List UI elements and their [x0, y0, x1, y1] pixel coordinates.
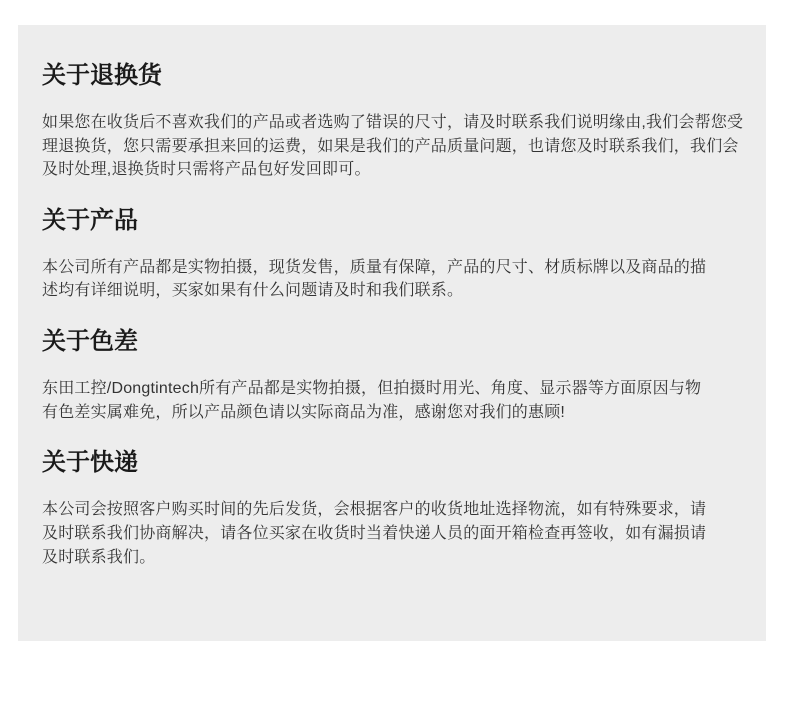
policy-info-card: 关于退换货 如果您在收货后不喜欢我们的产品或者选购了错误的尺寸，请及时联系我们说… — [18, 25, 766, 641]
section-title-shipping: 关于快递 — [42, 449, 746, 478]
section-body-products: 本公司所有产品都是实物拍摄，现货发售，质量有保障，产品的尺寸、材质标牌以及商品的… — [42, 256, 746, 303]
paragraph-line: 本公司会按照客户购买时间的先后发货，会根据客户的收货地址选择物流，如有特殊要求，… — [42, 498, 746, 522]
paragraph-line: 及时联系我们协商解决，请各位买家在收货时当着快递人员的面开箱检查再签收，如有漏损… — [42, 522, 746, 546]
section-shipping: 关于快递 本公司会按照客户购买时间的先后发货，会根据客户的收货地址选择物流，如有… — [42, 449, 746, 569]
section-products: 关于产品 本公司所有产品都是实物拍摄，现货发售，质量有保障，产品的尺寸、材质标牌… — [42, 207, 746, 303]
paragraph-line: 如果您在收货后不喜欢我们的产品或者选购了错误的尺寸，请及时联系我们说明缘由,我们… — [42, 111, 746, 135]
paragraph-line: 及时处理,退换货时只需将产品包好发回即可。 — [42, 158, 746, 182]
section-body-color-difference: 东田工控/Dongtintech所有产品都是实物拍摄，但拍摄时用光、角度、显示器… — [42, 377, 746, 424]
paragraph-line: 及时联系我们。 — [42, 546, 746, 570]
section-body-returns: 如果您在收货后不喜欢我们的产品或者选购了错误的尺寸，请及时联系我们说明缘由,我们… — [42, 111, 746, 182]
paragraph-line: 有色差实属难免，所以产品颜色请以实际商品为准，感谢您对我们的惠顾! — [42, 401, 746, 425]
section-color-difference: 关于色差 东田工控/Dongtintech所有产品都是实物拍摄，但拍摄时用光、角… — [42, 328, 746, 424]
section-body-shipping: 本公司会按照客户购买时间的先后发货，会根据客户的收货地址选择物流，如有特殊要求，… — [42, 498, 746, 569]
paragraph-line: 述均有详细说明，买家如果有什么问题请及时和我们联系。 — [42, 279, 746, 303]
paragraph-line: 东田工控/Dongtintech所有产品都是实物拍摄，但拍摄时用光、角度、显示器… — [42, 377, 746, 401]
paragraph-line: 理退换货，您只需要承担来回的运费，如果是我们的产品质量问题，也请您及时联系我们，… — [42, 135, 746, 159]
paragraph-line: 本公司所有产品都是实物拍摄，现货发售，质量有保障，产品的尺寸、材质标牌以及商品的… — [42, 256, 746, 280]
section-title-returns: 关于退换货 — [42, 62, 746, 91]
section-returns: 关于退换货 如果您在收货后不喜欢我们的产品或者选购了错误的尺寸，请及时联系我们说… — [42, 62, 746, 182]
section-title-products: 关于产品 — [42, 207, 746, 236]
section-title-color-difference: 关于色差 — [42, 328, 746, 357]
